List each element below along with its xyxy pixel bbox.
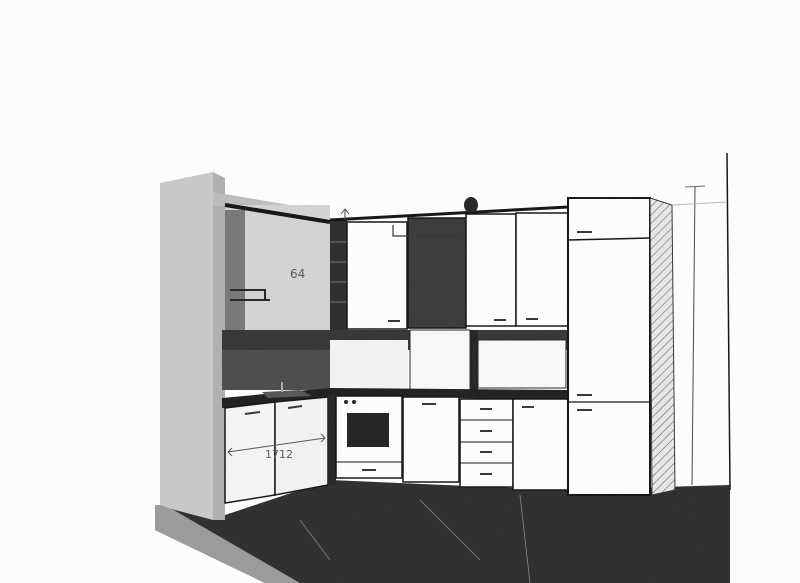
kitchen-drawing: 64 1712 bbox=[0, 0, 800, 583]
scan-grain bbox=[0, 0, 800, 583]
